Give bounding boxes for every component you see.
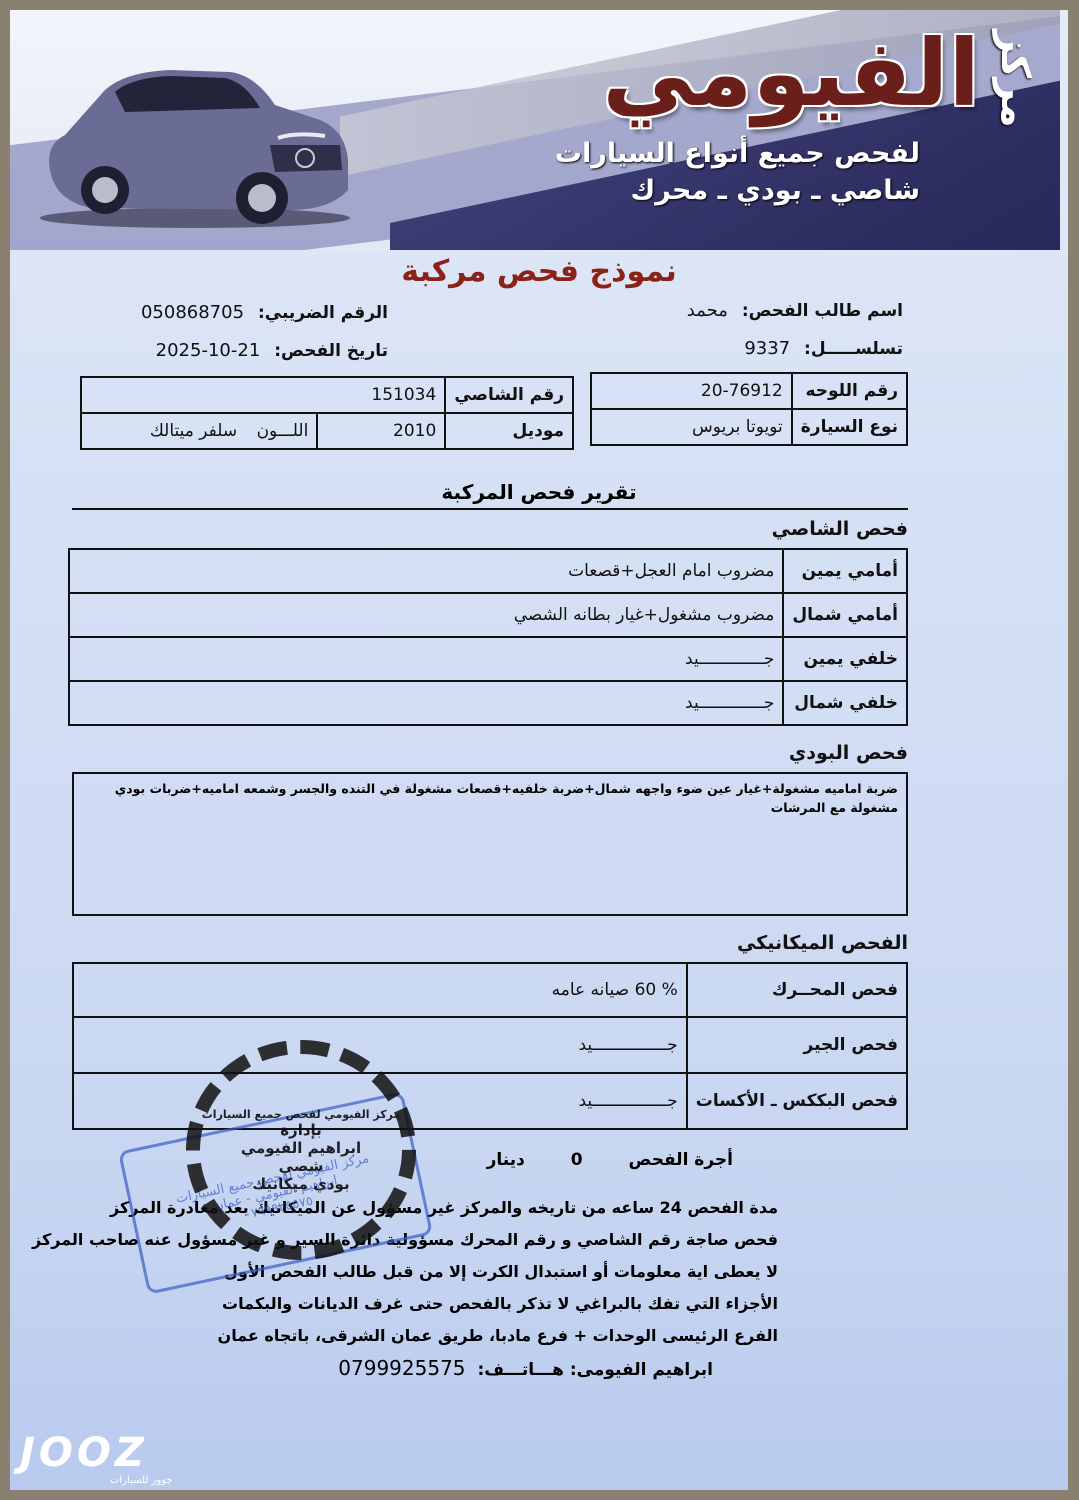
header-banner: مركز الفيومي لفحص جميع أنواع السيارات شا… [10,10,1060,250]
model-label: موديل [445,413,573,449]
chassis-section-heading: فحص الشاصي [772,518,908,540]
chassis-row-label: أمامي شمال [783,593,907,637]
chassis-row-label: خلفي شمال [783,681,907,725]
vehicle-id-table: رقم اللوحه 20-76912 نوع السيارة تويوتا ب… [590,372,908,446]
requester-label: اسم طالب الفحص: [742,301,903,321]
contact-label: ابراهيم الفيومى: هـــاتـــف: [477,1360,713,1380]
jooz-watermark-logo: JOOZ [20,1430,148,1476]
mechanical-row-label: فحص الجير [687,1017,907,1073]
table-row: رقم الشاصي 151034 [81,377,573,413]
plate-value: 20-76912 [591,373,792,409]
table-row: أمامي شمال مضروب مشغول+غيار بطانه الشصي [69,593,907,637]
inspection-date-label: تاريخ الفحص: [274,341,388,361]
brand-name-logo: الفيومي [602,28,980,120]
vehicle-details-table: رقم الشاصي 151034 موديل 2010 اللـــون سل… [80,376,574,450]
serial-label: تسلســـــل: [804,339,903,359]
tax-number-label: الرقم الضريبي: [258,303,388,323]
brand-prefix: مركز [992,30,1038,128]
chassis-row-label: خلفي يمين [783,637,907,681]
table-row: نوع السيارة تويوتا بريوس [591,409,907,445]
color-value: سلفر ميتالك [150,421,237,441]
banner-tagline: لفحص جميع أنواع السيارات [555,138,920,169]
stamp-line: بإدارة [280,1121,322,1139]
serial-value: 9337 [744,338,790,359]
chassis-row-label: أمامي يمين [783,549,907,593]
car-illustration-icon [30,50,360,230]
round-seal-stamp: مركز الفيومي لفحص جميع السيارات بإدارة ا… [186,1040,416,1260]
tax-number-value: 050868705 [141,302,244,323]
contact-line: ابراهيم الفيومى: هـــاتـــف: 0799925575 [338,1356,713,1380]
chassis-row-value: جـــــــــــــيد [69,637,783,681]
chassis-row-value: مضروب مشغول+غيار بطانه الشصي [69,593,783,637]
requester-value: محمد [687,300,728,321]
mechanical-row-label: فحص المحــرك [687,963,907,1017]
inspection-fee: أجرة الفحص 0 دينار [447,1150,733,1170]
stamp-line: ابراهيم الفيومي [241,1139,361,1157]
inspection-date-value: 21-10-2025 [156,340,261,361]
table-row: فحص الجير جـــــــــــــــيد [73,1017,907,1073]
fee-amount: 0 [571,1150,583,1170]
car-type-value: تويوتا بريوس [591,409,792,445]
watermark-subtitle: جووز للسيارات [110,1475,173,1486]
car-type-label: نوع السيارة [792,409,907,445]
chassis-value: 151034 [81,377,445,413]
mechanical-section-heading: الفحص الميكانيكي [737,932,908,954]
stamp-line: بودي ميكانيك [252,1175,349,1193]
mechanical-row-value: % 60 صيانه عامه [73,963,687,1017]
color-cell: اللـــون سلفر ميتالك [81,413,317,449]
banner-services: شاصي ـ بودي ـ محرك [630,175,920,206]
fee-currency: دينار [487,1150,525,1170]
contact-phone: 0799925575 [338,1356,465,1380]
table-row: أمامي يمين مضروب امام العجل+قصعات [69,549,907,593]
plate-label: رقم اللوحه [792,373,907,409]
stamp-ring-text: مركز الفيومي لفحص جميع السيارات [202,1108,401,1121]
form-title: نموذج فحص مركبة [10,254,1068,289]
chassis-row-value: مضروب امام العجل+قصعات [69,549,783,593]
color-label: اللـــون [257,421,309,441]
stamp-line: شصي [279,1157,324,1175]
table-row: خلفي شمال جـــــــــــــيد [69,681,907,725]
report-title: تقرير فحص المركبة [10,480,1068,504]
inspection-date-field: تاريخ الفحص: 21-10-2025 [156,340,388,361]
chassis-inspection-table: أمامي يمين مضروب امام العجل+قصعات أمامي … [68,548,908,726]
fee-label: أجرة الفحص [629,1150,734,1170]
table-row: فحص المحــرك % 60 صيانه عامه [73,963,907,1017]
tax-number-field: الرقم الضريبي: 050868705 [141,302,388,323]
table-row: خلفي يمين جـــــــــــــيد [69,637,907,681]
chassis-row-value: جـــــــــــــيد [69,681,783,725]
inspection-form-sheet: مركز الفيومي لفحص جميع أنواع السيارات شا… [10,10,1068,1490]
body-inspection-notes: ضربة اماميه مشغولة+غيار عين ضوء واجهه شم… [72,772,908,916]
divider [72,508,908,510]
chassis-label: رقم الشاصي [445,377,573,413]
mechanical-row-value: جـــــــــــــــيد [73,1017,687,1073]
model-value: 2010 [317,413,445,449]
mechanical-row-label: فحص البككس ـ الأكسات [687,1073,907,1129]
note-line: الأجزاء التي تفك بالبراغي لا تذكر بالفحص… [78,1288,778,1320]
requester-field: اسم طالب الفحص: محمد [687,300,903,321]
table-row: رقم اللوحه 20-76912 [591,373,907,409]
serial-field: تسلســـــل: 9337 [744,338,903,359]
table-row: موديل 2010 اللـــون سلفر ميتالك [81,413,573,449]
note-line: الفرع الرئيسى الوحدات + فرع مادبا، طريق … [78,1320,778,1352]
body-section-heading: فحص البودي [789,742,908,764]
